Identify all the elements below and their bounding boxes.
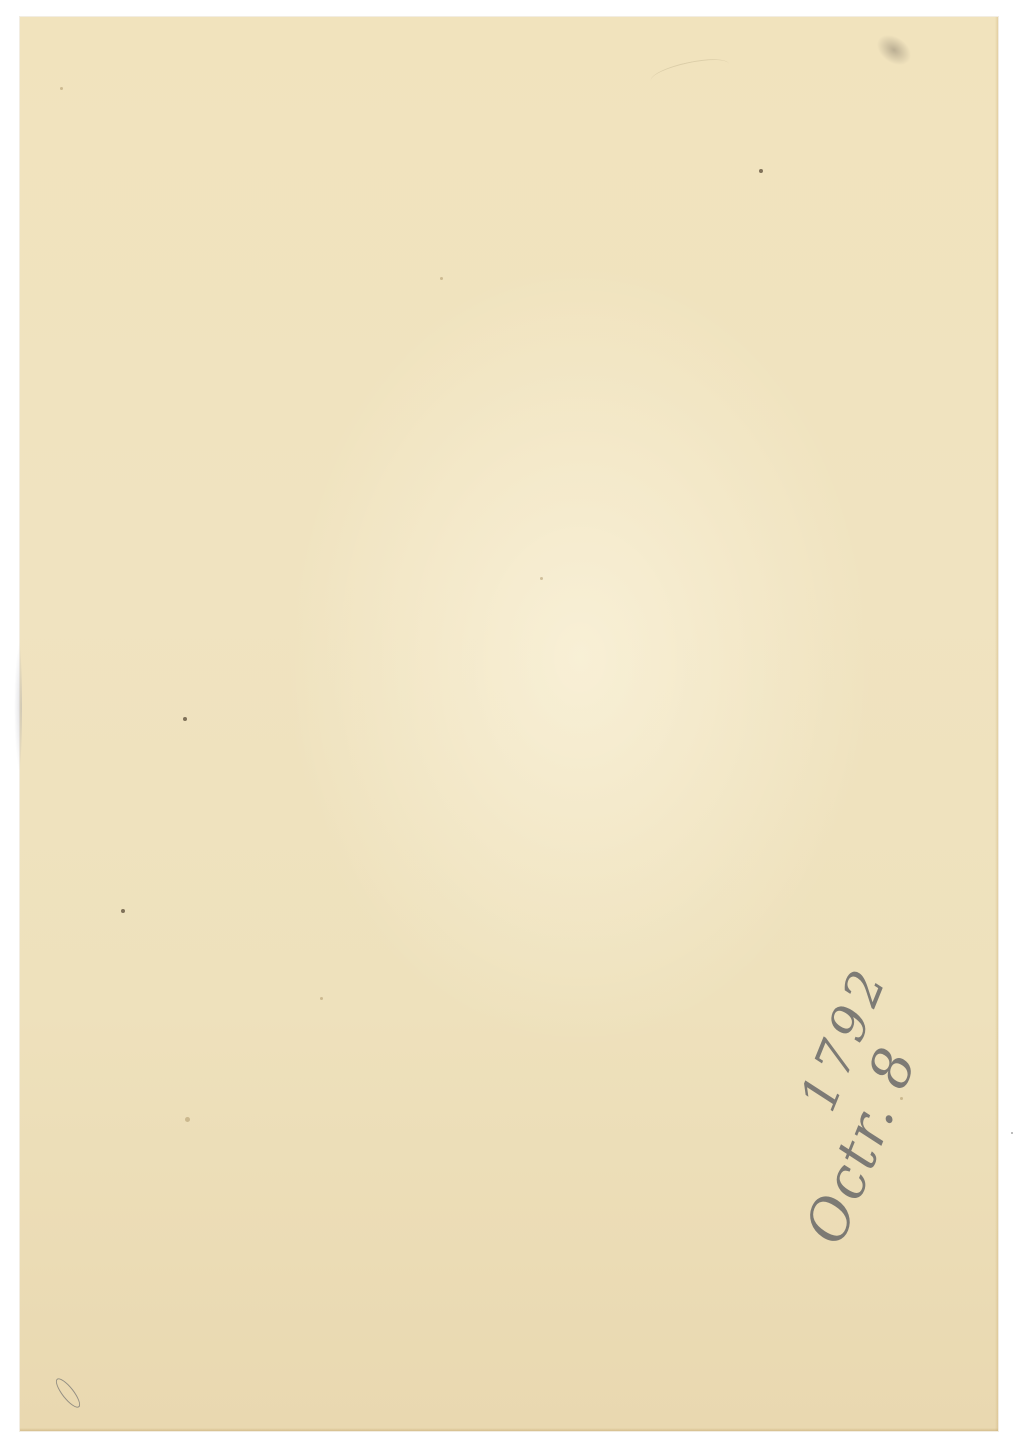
speck [183, 717, 187, 721]
speck [759, 169, 763, 173]
paper-crease [649, 54, 732, 91]
speck [440, 277, 443, 280]
bottom-edge-rim [20, 1428, 998, 1431]
corner-smudge [871, 28, 917, 71]
speck [121, 909, 125, 913]
speck [60, 87, 63, 90]
pencil-corner-mark [52, 1375, 84, 1411]
speck-outside [1011, 1132, 1013, 1134]
speck [185, 1117, 190, 1122]
speck [540, 577, 543, 580]
left-edge-shadow [14, 637, 22, 777]
right-edge-rim [995, 17, 998, 1431]
speck [320, 997, 323, 1000]
